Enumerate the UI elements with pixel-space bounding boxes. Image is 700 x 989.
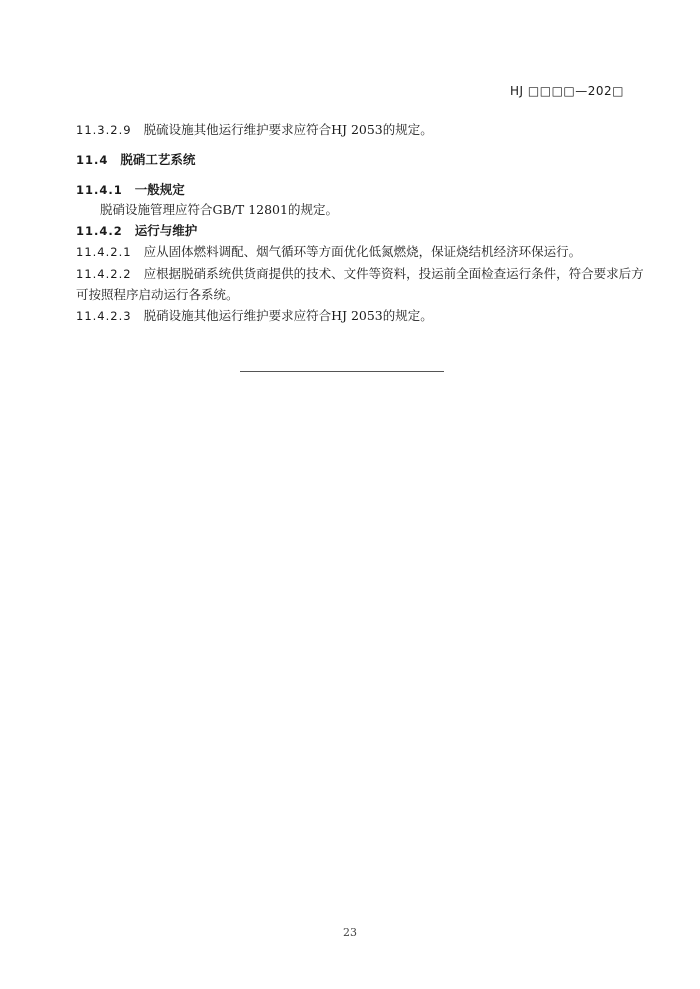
subsection-heading-11-4-1: 11.4.1一般规定 — [76, 181, 185, 199]
clause-11-3-2-9: 11.3.2.9脱硫设施其他运行维护要求应符合HJ 2053的规定。 — [76, 121, 433, 139]
paragraph-text: 脱硝设施管理应符合GB/T 12801的规定。 — [100, 202, 338, 217]
page-number: 23 — [0, 926, 700, 939]
clause-text: 应从固体燃料调配、烟气循环等方面优化低氮燃烧，保证烧结机经济环保运行。 — [144, 244, 582, 259]
clause-number: 11.4 — [76, 151, 108, 169]
end-of-document-rule — [240, 371, 444, 372]
clause-number: 11.4.2.2 — [76, 265, 132, 283]
clause-11-4-2-2-continued: 可按照程序启动运行各系统。 — [76, 286, 239, 304]
clause-number: 11.4.2 — [76, 222, 123, 240]
clause-text: 脱硝设施其他运行维护要求应符合HJ 2053的规定。 — [144, 308, 433, 323]
clause-11-4-2-2: 11.4.2.2应根据脱硝系统供货商提供的技术、文件等资料，投运前全面检查运行条… — [76, 265, 644, 283]
clause-number: 11.4.1 — [76, 181, 123, 199]
clause-text: 应根据脱硝系统供货商提供的技术、文件等资料，投运前全面检查运行条件，符合要求后方 — [144, 266, 644, 281]
clause-text: 脱硫设施其他运行维护要求应符合HJ 2053的规定。 — [144, 122, 433, 137]
section-title: 脱硝工艺系统 — [120, 152, 195, 167]
subsection-title: 运行与维护 — [135, 223, 198, 238]
clause-number: 11.4.2.1 — [76, 243, 132, 261]
clause-number: 11.3.2.9 — [76, 121, 132, 139]
clause-text: 可按照程序启动运行各系统。 — [76, 287, 239, 302]
subsection-heading-11-4-2: 11.4.2运行与维护 — [76, 222, 197, 240]
standard-code-header: HJ □□□□—202□ — [510, 84, 624, 98]
section-heading-11-4: 11.4脱硝工艺系统 — [76, 151, 195, 169]
clause-11-4-2-1: 11.4.2.1应从固体燃料调配、烟气循环等方面优化低氮燃烧，保证烧结机经济环保… — [76, 243, 581, 261]
clause-number: 11.4.2.3 — [76, 307, 132, 325]
subsection-title: 一般规定 — [135, 182, 185, 197]
clause-11-4-2-3: 11.4.2.3脱硝设施其他运行维护要求应符合HJ 2053的规定。 — [76, 307, 433, 325]
paragraph-11-4-1: 脱硝设施管理应符合GB/T 12801的规定。 — [100, 201, 338, 219]
